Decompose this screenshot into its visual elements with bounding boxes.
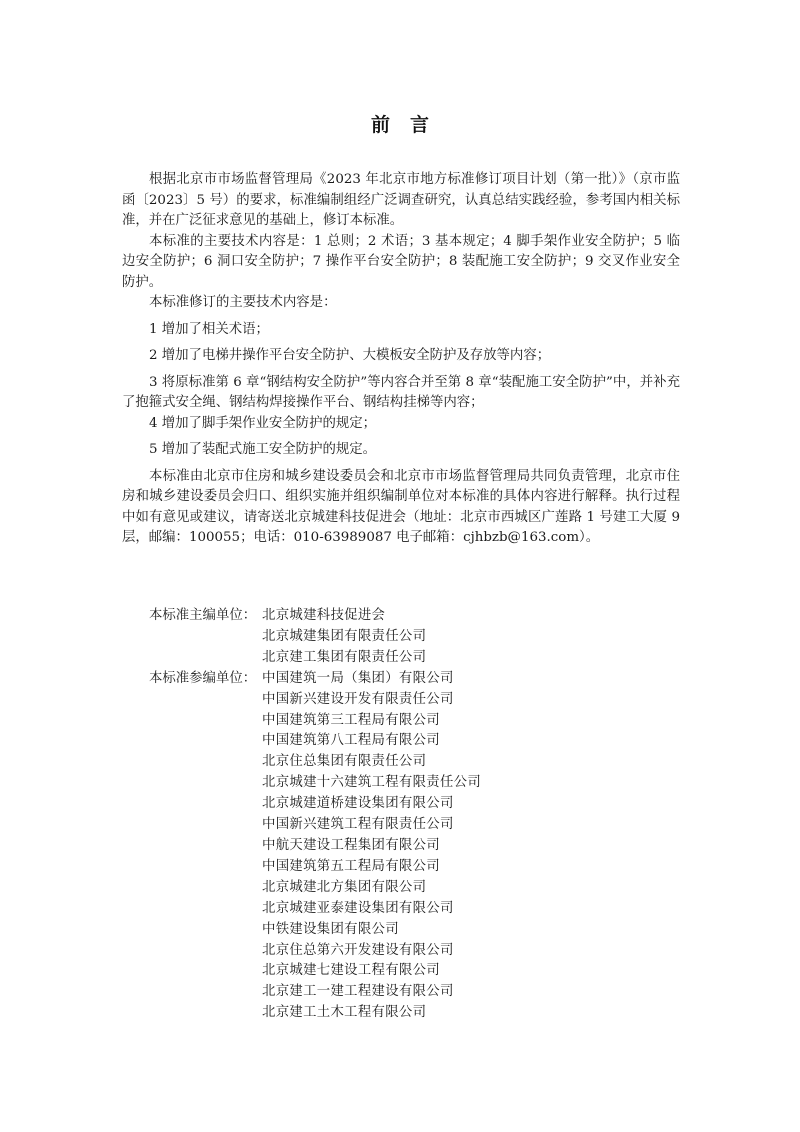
participating-unit: 北京住总第六开发建设有限公司 — [262, 941, 481, 962]
foreword-body: 根据北京市市场监督管理局《2023 年北京市地方标准修订项目计划（第一批）》（京… — [122, 170, 680, 549]
document-page: 前言 根据北京市市场监督管理局《2023 年北京市地方标准修订项目计划（第一批）… — [0, 0, 800, 1132]
management-paragraph: 本标准由北京市住房和城乡建设委员会和北京市市场监督管理局共同负责管理，北京市住房… — [122, 467, 680, 549]
basis-paragraph: 根据北京市市场监督管理局《2023 年北京市地方标准修订项目计划（第一批）》（京… — [122, 170, 680, 232]
revision-item-3: 3 将原标准第 6 章“钢结构安全防护”等内容合并至第 8 章“装配施工安全防护… — [122, 373, 680, 414]
participating-unit: 中国建筑第八工程局有限公司 — [262, 731, 481, 752]
participating-editors-label: 本标准参编单位： — [149, 669, 262, 1024]
chief-editors-list: 北京城建科技促进会 北京城建集团有限责任公司 北京建工集团有限责任公司 — [262, 606, 426, 669]
revision-item-4: 4 增加了脚手架作业安全防护的规定； — [122, 414, 680, 435]
participating-unit: 中国新兴建设开发有限责任公司 — [262, 690, 481, 711]
main-content-paragraph: 本标准的主要技术内容是：1 总则；2 术语；3 基本规定；4 脚手架作业安全防护… — [122, 232, 680, 294]
participating-unit: 北京城建道桥建设集团有限公司 — [262, 794, 481, 815]
participating-unit: 中国建筑第五工程局有限公司 — [262, 857, 481, 878]
participating-unit: 中国建筑一局（集团）有限公司 — [262, 669, 481, 690]
chief-editors-group: 本标准主编单位： 北京城建科技促进会 北京城建集团有限责任公司 北京建工集团有限… — [149, 606, 481, 669]
revision-intro-paragraph: 本标准修订的主要技术内容是： — [122, 293, 680, 314]
participating-unit: 北京建工一建工程建设有限公司 — [262, 982, 481, 1003]
chief-editors-label: 本标准主编单位： — [149, 606, 262, 669]
participating-unit: 中国新兴建筑工程有限责任公司 — [262, 815, 481, 836]
participating-unit: 北京城建七建设工程有限公司 — [262, 961, 481, 982]
participating-unit: 中铁建设集团有限公司 — [262, 920, 481, 941]
chief-editor-unit: 北京城建科技促进会 — [262, 606, 426, 627]
revision-item-2: 2 增加了电梯井操作平台安全防护、大模板安全防护及存放等内容； — [122, 346, 680, 367]
participating-unit: 北京城建亚泰建设集团有限公司 — [262, 899, 481, 920]
revision-item-5: 5 增加了装配式施工安全防护的规定。 — [122, 440, 680, 461]
revision-item-1: 1 增加了相关术语； — [122, 320, 680, 341]
participating-unit: 北京城建北方集团有限公司 — [262, 878, 481, 899]
participating-unit: 北京城建十六建筑工程有限责任公司 — [262, 773, 481, 794]
participating-unit: 北京建工土木工程有限公司 — [262, 1003, 481, 1024]
editing-units: 本标准主编单位： 北京城建科技促进会 北京城建集团有限责任公司 北京建工集团有限… — [149, 606, 481, 1024]
participating-editors-group: 本标准参编单位： 中国建筑一局（集团）有限公司 中国新兴建设开发有限责任公司 中… — [149, 669, 481, 1024]
participating-unit: 北京住总集团有限责任公司 — [262, 752, 481, 773]
participating-unit: 中国建筑第三工程局有限公司 — [262, 711, 481, 732]
chief-editor-unit: 北京建工集团有限责任公司 — [262, 648, 426, 669]
page-title: 前言 — [0, 110, 800, 137]
participating-unit: 中航天建设工程集团有限公司 — [262, 836, 481, 857]
chief-editor-unit: 北京城建集团有限责任公司 — [262, 627, 426, 648]
participating-editors-list: 中国建筑一局（集团）有限公司 中国新兴建设开发有限责任公司 中国建筑第三工程局有… — [262, 669, 481, 1024]
